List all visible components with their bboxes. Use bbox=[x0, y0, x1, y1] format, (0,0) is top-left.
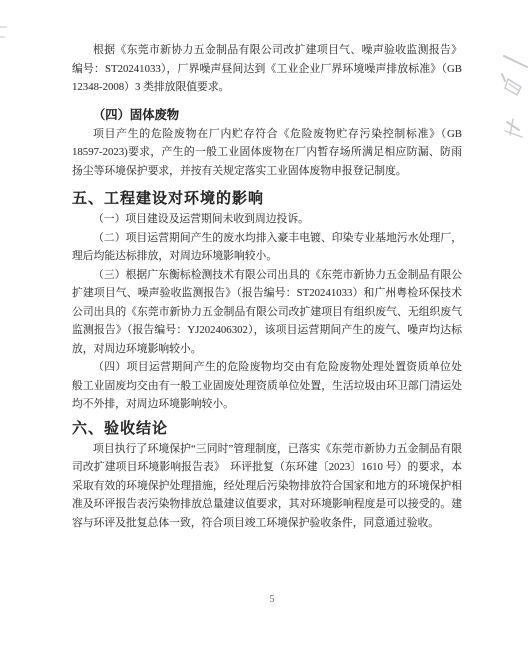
doc-line: 容与环评及批复总体一致，符合项目竣工环境保护验收条件，同意通过验收。 bbox=[72, 514, 462, 533]
paragraph-noise-report: 根据《东莞市新协力五金制品有限公司改扩建项目气、噪声验收监测报告》（报告 编号：… bbox=[72, 41, 462, 97]
paragraph-item-1: （一）项目建设及运营期间未收到周边投诉。 bbox=[72, 210, 462, 229]
paragraph-item-4: （四）项目运营期间产生的危险废物均交由有危险废物处理处置资质单位处置，一 般工业… bbox=[72, 358, 462, 414]
stamp-fragment-icon bbox=[495, 47, 530, 142]
doc-line: 均不外排，对周边环境影响较小。 bbox=[72, 395, 462, 414]
doc-line: 扩建项目气、噪声验收监测报告》（报告编号：ST20241033）和广州粤检环保技… bbox=[72, 284, 462, 303]
scan-edge-mark bbox=[0, 26, 7, 28]
doc-line: （二）项目运营期间产生的废水均排入豪丰电镀、印染专业基地污水处理厂，经处 bbox=[72, 229, 462, 248]
doc-line: 般工业固废均交由有一般工业固废处理资质单位处置，生活垃圾由环卫部门清运处理， bbox=[72, 377, 462, 396]
paragraph-conclusion: 项目执行了环境保护“三同时”管理制度，已落实《东莞市新协力五金制品有限公 司改扩… bbox=[72, 440, 462, 533]
doc-line: 采取有效的环境保护处理措施，经处理后污染物排放符合国家和地方的环境保护相关标 bbox=[72, 477, 462, 496]
doc-line: 12348-2008）3 类排放限值要求。 bbox=[72, 78, 462, 97]
doc-line: 理后均能达标排放，对周边环境影响较小。 bbox=[72, 247, 462, 266]
doc-line: 项目产生的危险废物在厂内贮存符合《危险废物贮存污染控制标准》（GB bbox=[72, 125, 462, 144]
doc-line: 根据《东莞市新协力五金制品有限公司改扩建项目气、噪声验收监测报告》（报告 bbox=[72, 41, 462, 60]
doc-line: （四）项目运营期间产生的危险废物均交由有危险废物处理处置资质单位处置，一 bbox=[72, 358, 462, 377]
doc-line: 编号：ST20241033），厂界噪声昼间达到《工业企业厂界环境噪声排放标准》（… bbox=[72, 60, 462, 79]
doc-line: 项目执行了环境保护“三同时”管理制度，已落实《东莞市新协力五金制品有限公 bbox=[72, 440, 462, 459]
document-body: 根据《东莞市新协力五金制品有限公司改扩建项目气、噪声验收监测报告》（报告 编号：… bbox=[72, 41, 462, 532]
doc-line: 监测报告》（报告编号：YJ202406302），该项目运营期间产生的废气、噪声均… bbox=[72, 321, 462, 340]
doc-line: 放，对周边环境影响较小。 bbox=[72, 340, 462, 359]
doc-line: 扬尘等环境保护要求，并按有关规定落实工业固体废物申报登记制度。 bbox=[72, 162, 462, 181]
paragraph-item-2: （二）项目运营期间产生的废水均排入豪丰电镀、印染专业基地污水处理厂，经处 理后均… bbox=[72, 229, 462, 266]
doc-line: 司改扩建项目环境影响报告表》 环评批复（东环建〔2023〕1610 号）的要求，… bbox=[72, 458, 462, 477]
doc-line: （三）根据广东衡标检测技术有限公司出具的《东莞市新协力五金制品有限公司改 bbox=[72, 266, 462, 285]
document-page: 根据《东莞市新协力五金制品有限公司改扩建项目气、噪声验收监测报告》（报告 编号：… bbox=[0, 0, 530, 650]
section-heading-environmental-impact: 五、工程建设对环境的影响 bbox=[72, 188, 462, 210]
subsection-heading-solid-waste: （四）固体废物 bbox=[72, 106, 462, 125]
doc-line: 准及环评报告表污染物排放总量建议值要求，其对环境影响程度是可以接受的。建设内 bbox=[72, 495, 462, 514]
scan-edge-mark bbox=[0, 36, 5, 38]
page-number: 5 bbox=[0, 594, 530, 605]
paragraph-solid-waste: 项目产生的危险废物在厂内贮存符合《危险废物贮存污染控制标准》（GB 18597-… bbox=[72, 125, 462, 181]
paragraph-item-3: （三）根据广东衡标检测技术有限公司出具的《东莞市新协力五金制品有限公司改 扩建项… bbox=[72, 266, 462, 359]
doc-line: 公司出具的《东莞市新协力五金制品有限公司改扩建项目有组织废气、无组织废气验收 bbox=[72, 303, 462, 322]
doc-line: （一）项目建设及运营期间未收到周边投诉。 bbox=[72, 210, 462, 229]
doc-line: 18597-2023)要求，产生的一般工业固体废物在厂内暂存场所满足相应防漏、防… bbox=[72, 143, 462, 162]
section-heading-acceptance-conclusion: 六、验收结论 bbox=[72, 418, 462, 440]
